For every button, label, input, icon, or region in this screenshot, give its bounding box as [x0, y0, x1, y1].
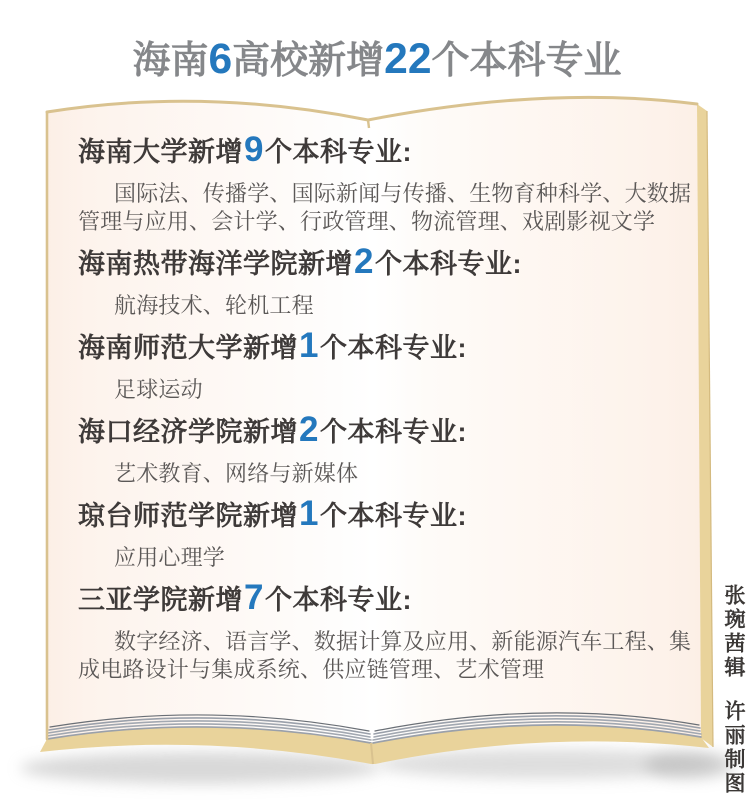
school-name: 海南大学新增	[78, 137, 243, 167]
section-heading: 海南热带海洋学院新增2个本科专业:	[78, 249, 694, 279]
majors-text: 应用心理学	[78, 544, 694, 572]
page-title: 海南6高校新增22个本科专业	[0, 35, 754, 87]
majors-text: 艺术教育、网络与新媒体	[78, 460, 694, 488]
heading-suffix: 个本科专业:	[320, 417, 467, 447]
heading-suffix: 个本科专业:	[375, 249, 522, 279]
majors-text: 航海技术、轮机工程	[78, 292, 694, 320]
heading-suffix: 个本科专业:	[265, 137, 412, 167]
section-heading: 琼台师范学院新增1个本科专业:	[78, 501, 694, 531]
school-name: 海南热带海洋学院新增	[78, 249, 353, 279]
major-count: 1	[298, 494, 320, 533]
section-heading: 海南大学新增9个本科专业:	[78, 137, 694, 167]
major-count: 2	[298, 410, 320, 449]
heading-suffix: 个本科专业:	[265, 585, 412, 615]
school-name: 琼台师范学院新增	[78, 501, 298, 531]
heading-suffix: 个本科专业:	[320, 501, 467, 531]
section-heading: 海南师范大学新增1个本科专业:	[78, 333, 694, 363]
infographic-canvas: 海南6高校新增22个本科专业 海南大学新增9个本科专业: 国际法、传播学、国际新…	[0, 0, 754, 803]
major-count: 9	[243, 130, 265, 169]
majors-text: 数字经济、语言学、数据计算及应用、新能源汽车工程、集成电路设计与集成系统、供应链…	[78, 628, 694, 684]
credit-editor: 张琬茜辑	[722, 584, 748, 680]
section-heading: 海口经济学院新增2个本科专业:	[78, 417, 694, 447]
school-name: 海口经济学院新增	[78, 417, 298, 447]
major-count: 2	[353, 242, 375, 281]
title-count-universities: 6	[208, 35, 232, 83]
major-count: 1	[298, 326, 320, 365]
title-text: 海南	[132, 40, 208, 82]
majors-list: 海南大学新增9个本科专业: 国际法、传播学、国际新闻与传播、生物育种科学、大数据…	[78, 137, 694, 697]
heading-suffix: 个本科专业:	[320, 333, 467, 363]
title-text: 高校新增	[232, 40, 384, 82]
school-name: 三亚学院新增	[78, 585, 243, 615]
school-name: 海南师范大学新增	[78, 333, 298, 363]
credit-designer: 许丽制图	[722, 700, 748, 796]
majors-text: 足球运动	[78, 376, 694, 404]
title-text: 个本科专业	[432, 40, 622, 82]
book-spine-top	[368, 120, 369, 128]
majors-text: 国际法、传播学、国际新闻与传播、生物育种科学、大数据管理与应用、会计学、行政管理…	[78, 180, 694, 236]
major-count: 7	[243, 578, 265, 617]
title-count-majors: 22	[384, 35, 431, 83]
section-heading: 三亚学院新增7个本科专业:	[78, 585, 694, 615]
